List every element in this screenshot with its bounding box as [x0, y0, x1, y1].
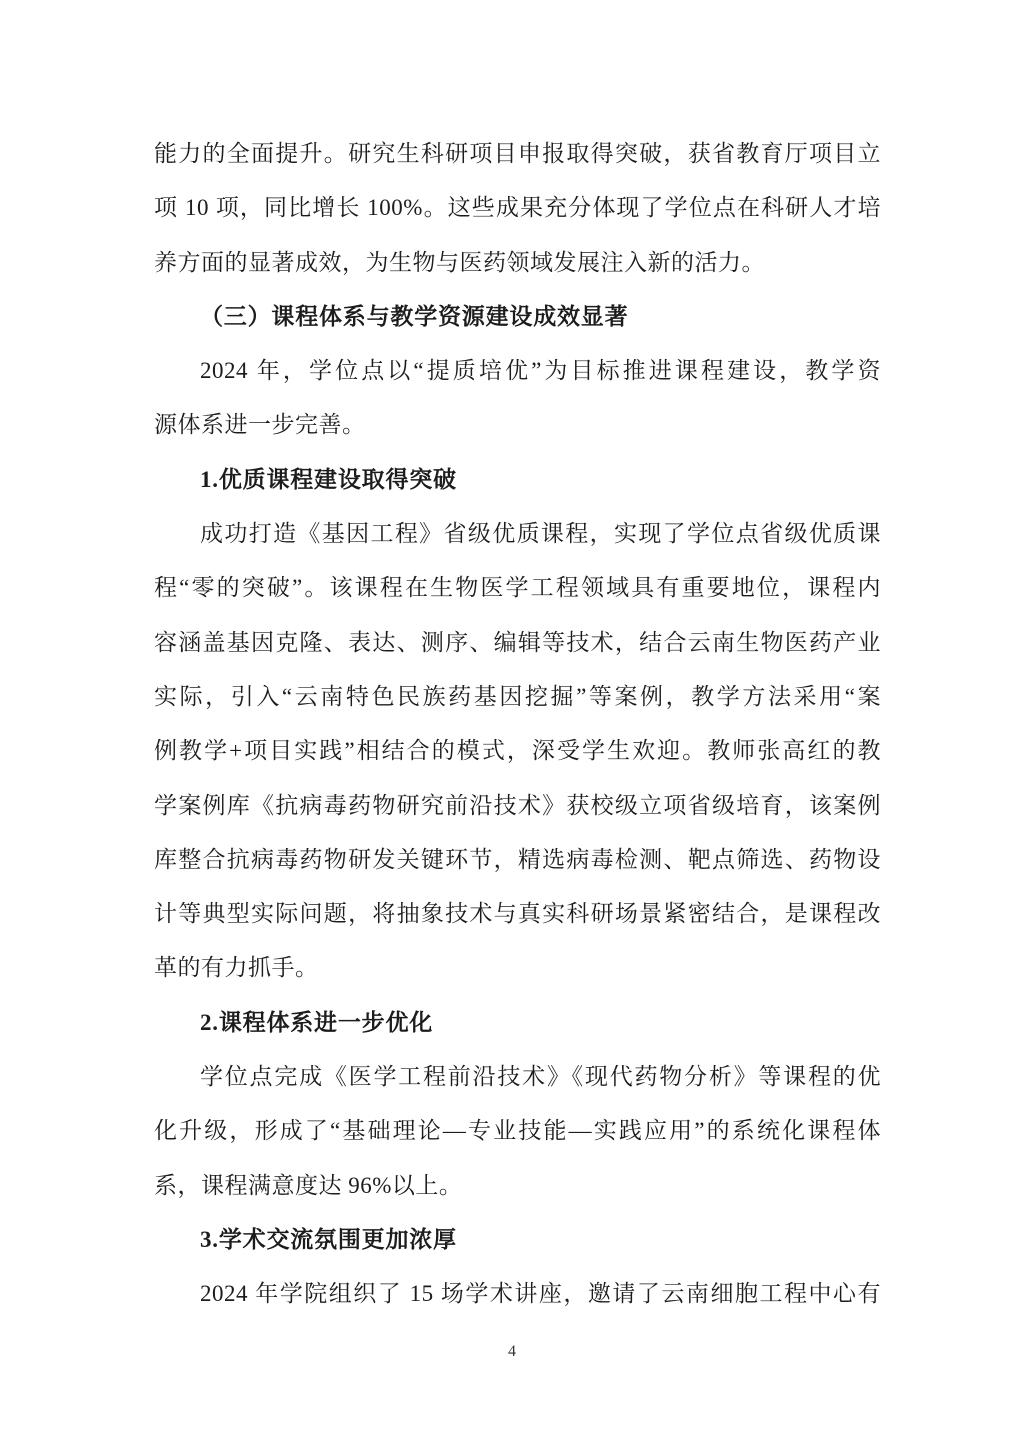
text-line: 容涵盖基因克隆、表达、测序、编辑等技术，结合云南生物医药产业: [154, 616, 881, 670]
text-line: 例教学+项目实践”相结合的模式，深受学生欢迎。教师张高红的教: [154, 724, 881, 778]
text-line: 实际，引入“云南特色民族药基因挖掘”等案例，教学方法采用“案: [154, 670, 881, 724]
text-line: 学位点完成《医学工程前沿技术》《现代药物分析》等课程的优: [154, 1050, 881, 1104]
text-line: 程“零的突破”。该课程在生物医学工程领域具有重要地位，课程内: [154, 561, 881, 615]
section-heading: 1.优质课程建设取得突破: [154, 453, 881, 507]
text-line: 源体系进一步完善。: [154, 398, 881, 452]
section-heading: 3.学术交流氛围更加浓厚: [154, 1213, 881, 1267]
text-line: 革的有力抓手。: [154, 941, 881, 995]
page-number: 4: [0, 1343, 1024, 1361]
text-line: 2024 年，学位点以“提质培优”为目标推进课程建设，教学资: [154, 344, 881, 398]
text-line: 成功打造《基因工程》省级优质课程，实现了学位点省级优质课: [154, 507, 881, 561]
section-heading: 2.课程体系进一步优化: [154, 996, 881, 1050]
document-body: 能力的全面提升。研究生科研项目申报取得突破，获省教育厅项目立项 10 项，同比增…: [154, 127, 881, 1322]
text-line: 2024 年学院组织了 15 场学术讲座，邀请了云南细胞工程中心有: [154, 1267, 881, 1321]
text-line: 项 10 项，同比增长 100%。这些成果充分体现了学位点在科研人才培: [154, 181, 881, 235]
text-line: 化升级，形成了“基础理论—专业技能—实践应用”的系统化课程体: [154, 1104, 881, 1158]
text-line: 养方面的显著成效，为生物与医药领域发展注入新的活力。: [154, 236, 881, 290]
document-page: 能力的全面提升。研究生科研项目申报取得突破，获省教育厅项目立项 10 项，同比增…: [0, 0, 1024, 1448]
text-line: 学案例库《抗病毒药物研究前沿技术》获校级立项省级培育，该案例: [154, 779, 881, 833]
text-line: 能力的全面提升。研究生科研项目申报取得突破，获省教育厅项目立: [154, 127, 881, 181]
section-heading: （三）课程体系与教学资源建设成效显著: [154, 290, 881, 344]
text-line: 库整合抗病毒药物研发关键环节，精选病毒检测、靶点筛选、药物设: [154, 833, 881, 887]
text-line: 计等典型实际问题，将抽象技术与真实科研场景紧密结合，是课程改: [154, 887, 881, 941]
text-line: 系，课程满意度达 96%以上。: [154, 1159, 881, 1213]
